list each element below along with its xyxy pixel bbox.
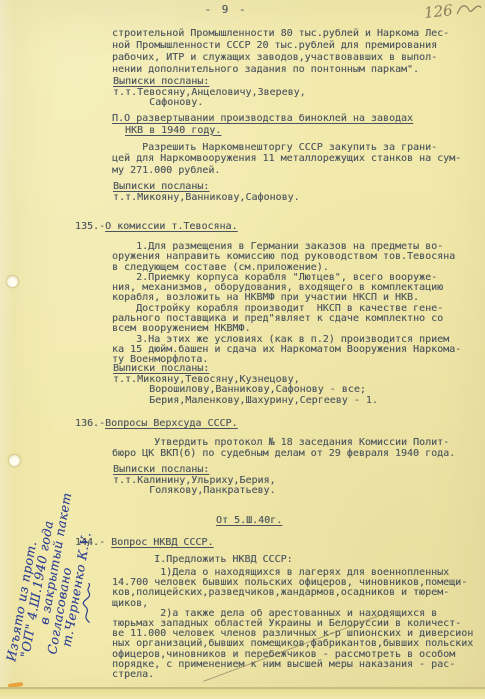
item-135-heading: 135.-О комиссии т.Тевосяна. [75,222,238,232]
heading-line: П.О развертывании производства биноклей … [112,113,413,125]
excerpts-block-4: Выписки посланы: т.т.Калинину,Ульриху,Бе… [113,465,276,497]
paragraph-binoculars: Разрешить Наркомвнешторгу СССР закупить … [112,142,461,176]
session-date-heading: От 5.Ш.40г. [216,516,282,526]
folio-flourish-icon [454,0,484,18]
heading-binoculars: П.О развертывании производства биноклей … [112,113,413,136]
recipients-line: Берия,Маленкову,Шахурину,Сергееву - 1. [113,396,378,407]
excerpts-block-3: Выписки посланы: т.т.Микояну,Тевосяну,Ку… [113,364,378,406]
text-line: бюро ЦК ВКП(б) по судебным делам от 29 ф… [112,448,455,459]
paragraph-item-144: 1)Дела о находящихся в лагерях для военн… [112,568,473,680]
text-line: цей для Наркомвооружения 11 металлорежущ… [112,153,461,164]
heading-line: 135.-О комиссии т.Тевосяна. [75,222,238,232]
paragraph-item-144-intro: I.Предложить НКВД СССР: [112,555,293,565]
paragraph-item-136: Утвердить протокол № 18 заседания Комисс… [112,437,455,460]
heading-line: НКВ в 1940 году. [125,125,413,137]
text-line: Утвердить протокол № 18 заседания Комисс… [112,437,455,448]
text-line: нении дополнительного задания по понтонн… [112,64,449,76]
paragraph-item-135: 1.Для размещения в Германии заказов на п… [112,242,461,366]
hole-punch [9,455,20,466]
text-line: I.Предложить НКВД СССР: [112,555,293,565]
excerpts-block-2: Выписки посланы: т.т.Микояну,Ванникову,С… [113,182,300,203]
text-line: му 271.000 рублей. [112,165,461,176]
underlying-page-strip [0,689,485,699]
text-line: ной Промышленности СССР 20 тыс.рублей дл… [112,40,449,52]
recipients-line: т.т.Микояну,Ванникову,Сафонову. [113,193,300,204]
recipients-line: Голякову,Панкратьеву. [113,486,276,497]
recipients-line: Сафонову. [113,98,306,109]
excerpts-block-1: Выписки посланы: т.т.Тевосяну,Анцеловичу… [113,77,306,109]
excerpts-sent-label: Выписки посланы: [113,182,300,193]
item-title: Вопрос НКВД СССР. [111,537,213,548]
heading-line: От 5.Ш.40г. [216,516,282,526]
folio-number-text: 126 [423,1,453,22]
text-line: ков,полицейских,разведчиков,жандармов,ос… [112,588,473,598]
text-line: рабочих, ИТР и служащих заводов,участвов… [112,52,449,64]
folio-number: 126 [423,0,483,22]
text-line: Разрешить Наркомвнешторгу СССР закупить … [112,142,461,153]
item-title: О комиссии т.Тевосяна. [105,221,237,232]
text-line: строительной Промышленности 80 тыс.рубле… [112,28,449,40]
hole-punch [7,276,18,287]
item-number: 135.- [75,221,105,232]
text-line: порядке, с применением к ним высшей меры… [112,660,473,670]
document-page: - 9 - 126 строительной Промышленности 80… [0,0,485,699]
page-number: - 9 - [0,3,452,16]
text-line: стрела. [112,670,473,680]
excerpts-sent-label: Выписки посланы: [113,465,276,476]
paragraph-premiums: строительной Промышленности 80 тыс.рубле… [112,28,449,76]
excerpts-sent-label: Выписки посланы: [113,364,378,375]
excerpts-sent-label: Выписки посланы: [113,77,306,88]
